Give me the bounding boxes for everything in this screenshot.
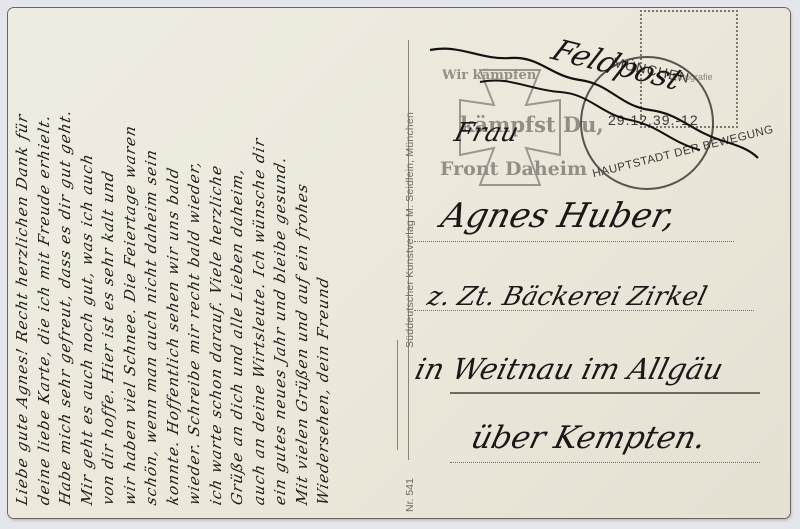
handwritten-message: Liebe gute Agnes! Recht herzlichen Dank … [12, 15, 335, 505]
message-line: Mir geht es auch noch gut, was ich auch [77, 13, 99, 508]
message-line: ein gutes neues Jahr und bleibe gesund. [270, 13, 292, 508]
message-line: Mit vielen Grüßen und auf ein frohes [292, 13, 314, 508]
message-line: konnte. Hoffentlich sehen wir uns bald [163, 13, 185, 508]
address-salutation: Frau [451, 118, 521, 148]
address-rule-3 [450, 392, 760, 394]
address-care-of: z. Zt. Bäckerei Zirkel [424, 282, 710, 312]
address-town: in Weitnau im Allgäu [412, 352, 727, 386]
message-line: von dir hoffe. Hier ist es sehr kalt und [98, 13, 120, 508]
message-line: wieder. Schreibe mir recht bald wieder, [184, 13, 206, 508]
message-line: Wiedersehen, dein Freund [313, 13, 335, 508]
message-line: deine liebe Karte, die ich mit Freude er… [34, 13, 56, 508]
message-line: Liebe gute Agnes! Recht herzlichen Dank … [12, 13, 34, 508]
address-rule-1 [414, 241, 734, 242]
message-line: wir haben viel Schnee. Die Feiertage war… [120, 13, 142, 508]
publisher-imprint: Süddeutscher Kunstverlag M. Seidlein, Mü… [404, 112, 416, 348]
message-line: schön, wenn man auch nicht daheim sein [141, 13, 163, 508]
message-line: Habe mich sehr gefreut, dass es dir gut … [55, 13, 77, 508]
message-line: auch an deine Wirtsleute. Ich wünsche di… [249, 13, 271, 508]
message-line: Grüße an dich und alle Lieben daheim, [227, 13, 249, 508]
address-rule-2 [414, 310, 754, 311]
address-via: über Kempten. [468, 420, 710, 456]
serial-rule [397, 340, 398, 450]
message-line: ich warte schon darauf. Viele herzliche [206, 13, 228, 508]
address-rule-4 [450, 462, 760, 463]
address-name: Agnes Huber, [437, 196, 680, 236]
serial-number: Nr. 541 [404, 478, 416, 512]
